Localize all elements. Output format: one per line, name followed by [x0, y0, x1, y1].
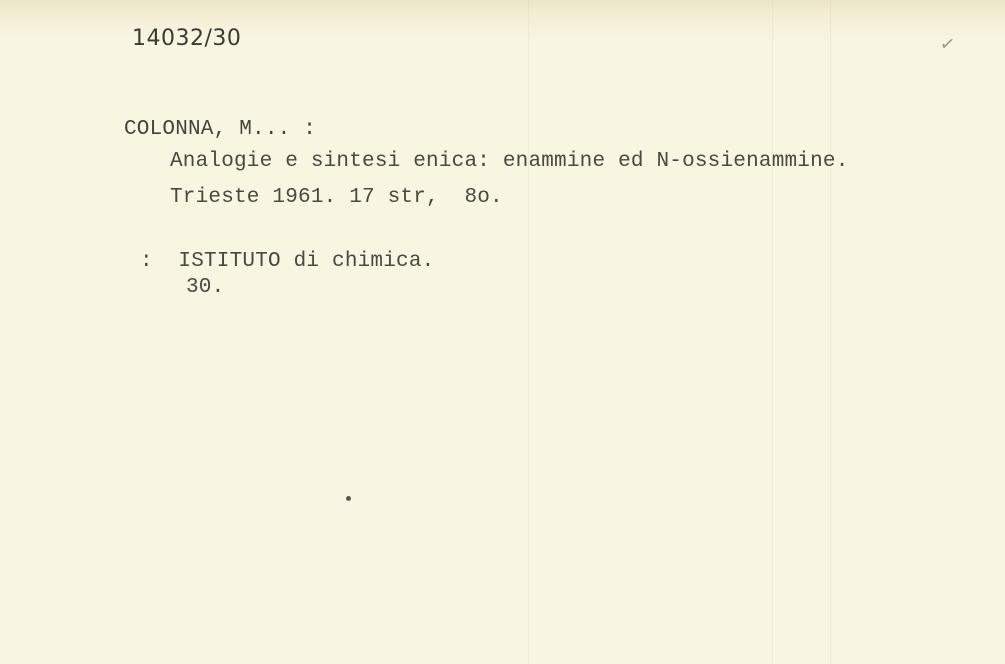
subject-heading: : ISTITUTO di chimica. [140, 250, 434, 273]
ink-speck [346, 496, 351, 501]
check-mark-icon: ✓ [939, 33, 957, 56]
imprint-line: Trieste 1961. 17 str, 8o. [170, 186, 503, 209]
author-heading: COLONNA, M... : [124, 118, 316, 141]
accession-number: 14032/30 [132, 26, 241, 51]
paper-fiber-line [772, 0, 773, 664]
paper-fiber-line [528, 0, 529, 664]
paper-fiber-line [830, 0, 831, 664]
catalog-card: 14032/30 ✓ COLONNA, M... : Analogie e si… [0, 0, 1005, 664]
subject-number: 30. [186, 276, 224, 299]
title-line: Analogie e sintesi enica: enammine ed N-… [170, 150, 849, 173]
